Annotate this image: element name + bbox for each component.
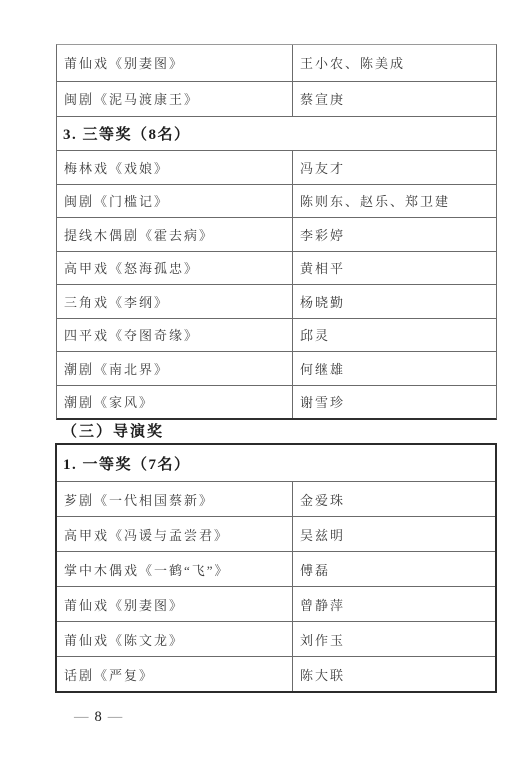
first-prize-header: 1. 一等奖（7名） <box>57 445 495 481</box>
work-cell: 莆仙戏《别妻图》 <box>57 45 293 81</box>
first-prize-header-row: 1. 一等奖（7名） <box>57 445 495 481</box>
work-cell: 四平戏《夺图奇缘》 <box>57 319 293 352</box>
work-cell: 莆仙戏《陈文龙》 <box>57 622 293 656</box>
winner-cell: 黄相平 <box>293 252 496 285</box>
document-page: 莆仙戏《别妻图》 王小农、陈美成 闽剧《泥马渡康王》 蔡宣庚 3. 三等奖（8名… <box>0 0 530 779</box>
winner-cell: 傅磊 <box>293 552 495 586</box>
work-cell: 高甲戏《怒海孤忠》 <box>57 252 293 285</box>
page-number-footer: — 8 — <box>74 709 122 726</box>
table-row: 高甲戏《冯谖与孟尝君》 吴兹明 <box>57 516 495 551</box>
table-row: 话剧《严复》 陈大联 <box>57 656 495 691</box>
director-award-heading: （三）导演奖 <box>62 420 164 444</box>
table-row: 莆仙戏《别妻图》 曾静萍 <box>57 586 495 621</box>
winner-cell: 冯友才 <box>293 151 496 184</box>
table-row: 掌中木偶戏《一鹤“飞”》 傅磊 <box>57 551 495 586</box>
table-row: 四平戏《夺图奇缘》 邱灵 <box>57 318 496 352</box>
performance-award-table: 莆仙戏《别妻图》 王小农、陈美成 闽剧《泥马渡康王》 蔡宣庚 3. 三等奖（8名… <box>56 44 497 420</box>
winner-cell: 蔡宣庚 <box>293 82 496 117</box>
winner-cell: 何继雄 <box>293 352 496 385</box>
winner-cell: 金爱珠 <box>293 482 495 516</box>
work-cell: 话剧《严复》 <box>57 657 293 691</box>
winner-cell: 曾静萍 <box>293 587 495 621</box>
winner-cell: 陈则东、赵乐、郑卫建 <box>293 185 496 218</box>
work-cell: 潮剧《南北界》 <box>57 352 293 385</box>
table-row: 三角戏《李纲》 杨晓勤 <box>57 284 496 318</box>
table-row: 芗剧《一代相国蔡新》 金爱珠 <box>57 481 495 516</box>
work-cell: 闽剧《门槛记》 <box>57 185 293 218</box>
winner-cell: 谢雪珍 <box>293 386 496 419</box>
table-row: 潮剧《家风》 谢雪珍 <box>57 385 496 419</box>
work-cell: 梅林戏《戏娘》 <box>57 151 293 184</box>
third-prize-header: 3. 三等奖（8名） <box>57 117 496 150</box>
work-cell: 三角戏《李纲》 <box>57 285 293 318</box>
winner-cell: 邱灵 <box>293 319 496 352</box>
footer-left-dash: — <box>74 709 89 726</box>
winner-cell: 杨晓勤 <box>293 285 496 318</box>
work-cell: 提线木偶剧《霍去病》 <box>57 218 293 251</box>
work-cell: 莆仙戏《别妻图》 <box>57 587 293 621</box>
work-cell: 掌中木偶戏《一鹤“飞”》 <box>57 552 293 586</box>
work-cell: 闽剧《泥马渡康王》 <box>57 82 293 117</box>
table-row: 高甲戏《怒海孤忠》 黄相平 <box>57 251 496 285</box>
third-prize-header-row: 3. 三等奖（8名） <box>57 116 496 150</box>
work-cell: 芗剧《一代相国蔡新》 <box>57 482 293 516</box>
table-row: 提线木偶剧《霍去病》 李彩婷 <box>57 217 496 251</box>
winner-cell: 刘作玉 <box>293 622 495 656</box>
page-number: 8 <box>95 709 102 726</box>
table-row: 莆仙戏《别妻图》 王小农、陈美成 <box>57 45 496 81</box>
winner-cell: 吴兹明 <box>293 517 495 551</box>
work-cell: 高甲戏《冯谖与孟尝君》 <box>57 517 293 551</box>
table-row: 潮剧《南北界》 何继雄 <box>57 351 496 385</box>
table-row: 莆仙戏《陈文龙》 刘作玉 <box>57 621 495 656</box>
director-award-table: 1. 一等奖（7名） 芗剧《一代相国蔡新》 金爱珠 高甲戏《冯谖与孟尝君》 吴兹… <box>55 443 497 693</box>
winner-cell: 王小农、陈美成 <box>293 45 496 81</box>
table-row: 梅林戏《戏娘》 冯友才 <box>57 150 496 184</box>
footer-right-dash: — <box>108 709 123 726</box>
work-cell: 潮剧《家风》 <box>57 386 293 419</box>
table-row: 闽剧《泥马渡康王》 蔡宣庚 <box>57 81 496 117</box>
winner-cell: 李彩婷 <box>293 218 496 251</box>
table-row: 闽剧《门槛记》 陈则东、赵乐、郑卫建 <box>57 184 496 218</box>
winner-cell: 陈大联 <box>293 657 495 691</box>
